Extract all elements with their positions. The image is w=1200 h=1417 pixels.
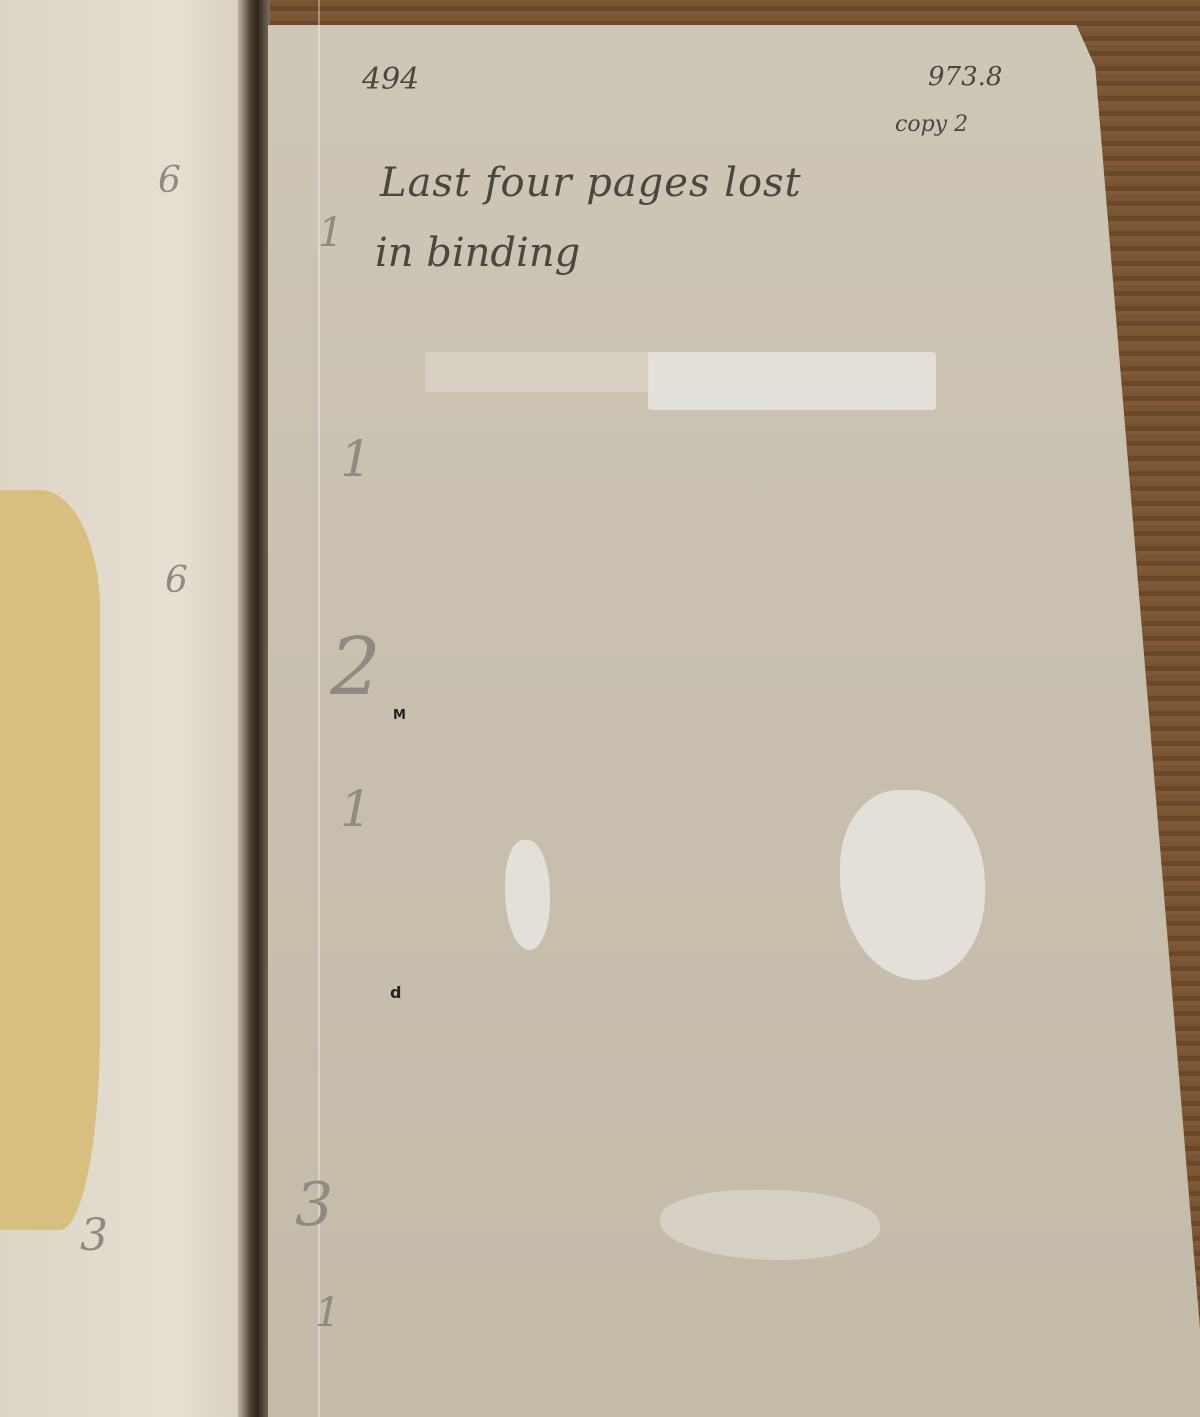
- faint-tape-residue: [425, 352, 655, 392]
- left-pencil-mark-1: 6: [158, 160, 181, 201]
- tape-residue: [648, 352, 936, 410]
- call-number-right: 973.8: [928, 62, 1002, 92]
- margin-mark-1: 1: [318, 210, 343, 256]
- margin-mark-2: 1: [340, 430, 372, 488]
- margin-mark-4: 1: [340, 780, 372, 838]
- note-line-1: Last four pages lost: [380, 160, 802, 206]
- call-number-left: 494: [362, 62, 419, 97]
- left-pencil-mark-3: 3: [80, 1210, 108, 1261]
- margin-mark-5: 3: [295, 1170, 333, 1240]
- book-spine-gutter: [238, 0, 270, 1417]
- printed-mark-m: M: [393, 708, 406, 723]
- left-pencil-mark-2: 6: [165, 560, 188, 601]
- printed-mark-d: d: [390, 983, 401, 1002]
- note-line-2: in binding: [375, 230, 580, 276]
- yellow-residue: [0, 490, 100, 1230]
- copy-note: copy 2: [895, 112, 968, 137]
- margin-mark-3: 2: [330, 620, 381, 713]
- margin-mark-6: 1: [315, 1290, 340, 1336]
